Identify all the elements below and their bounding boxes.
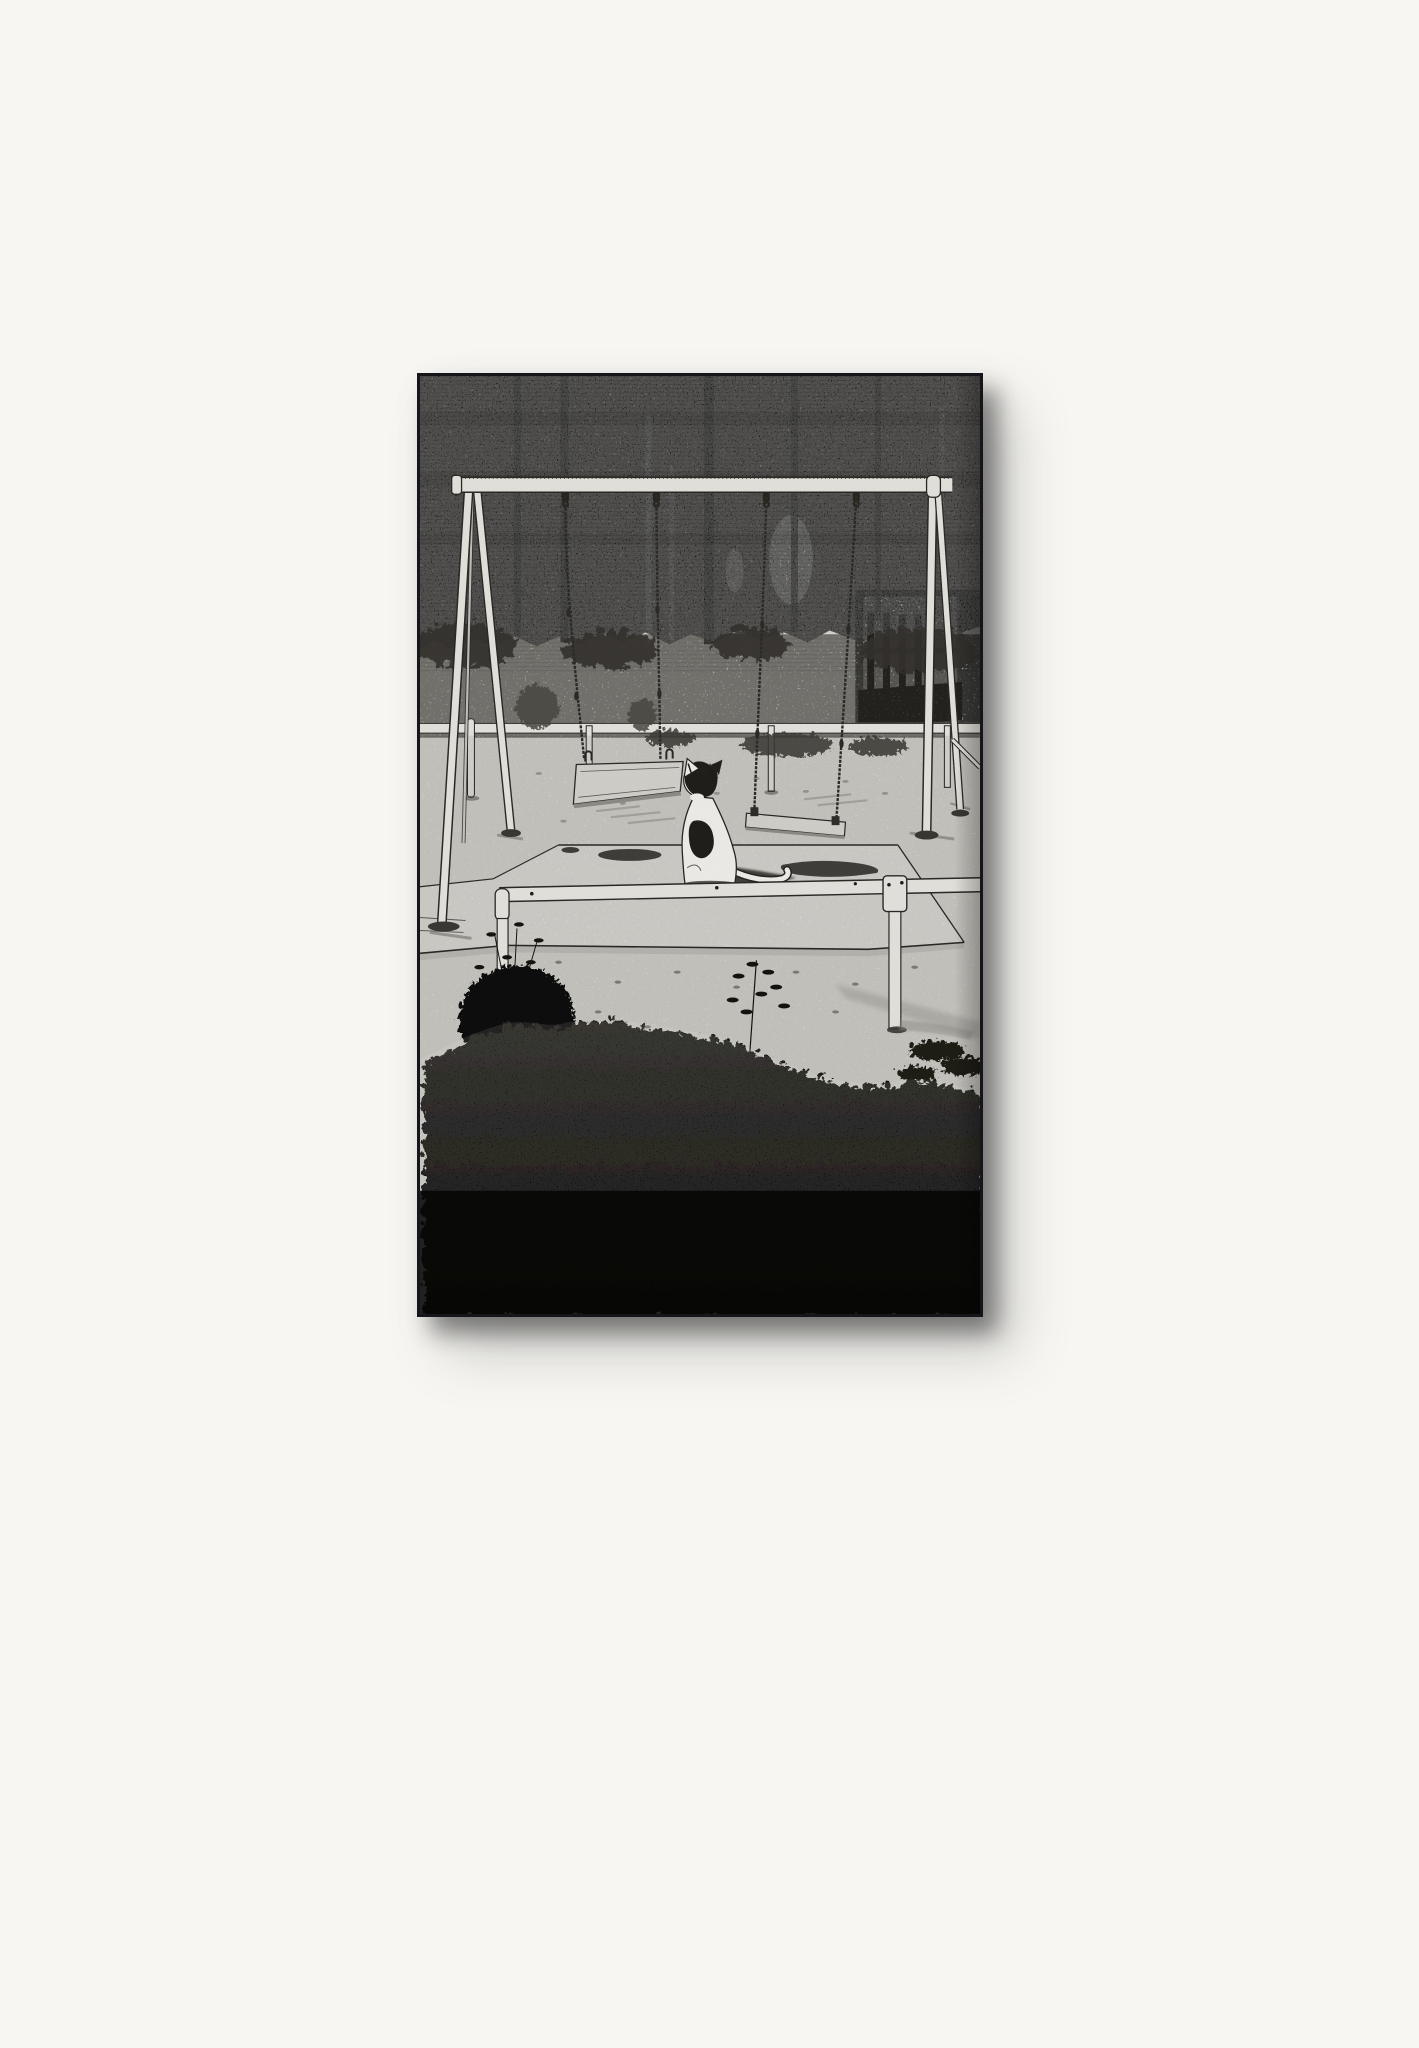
scanned-page [0, 0, 1419, 2048]
playground-photo [417, 373, 983, 1317]
halftone-overlay [420, 376, 980, 1314]
playground-scene [420, 376, 980, 1314]
